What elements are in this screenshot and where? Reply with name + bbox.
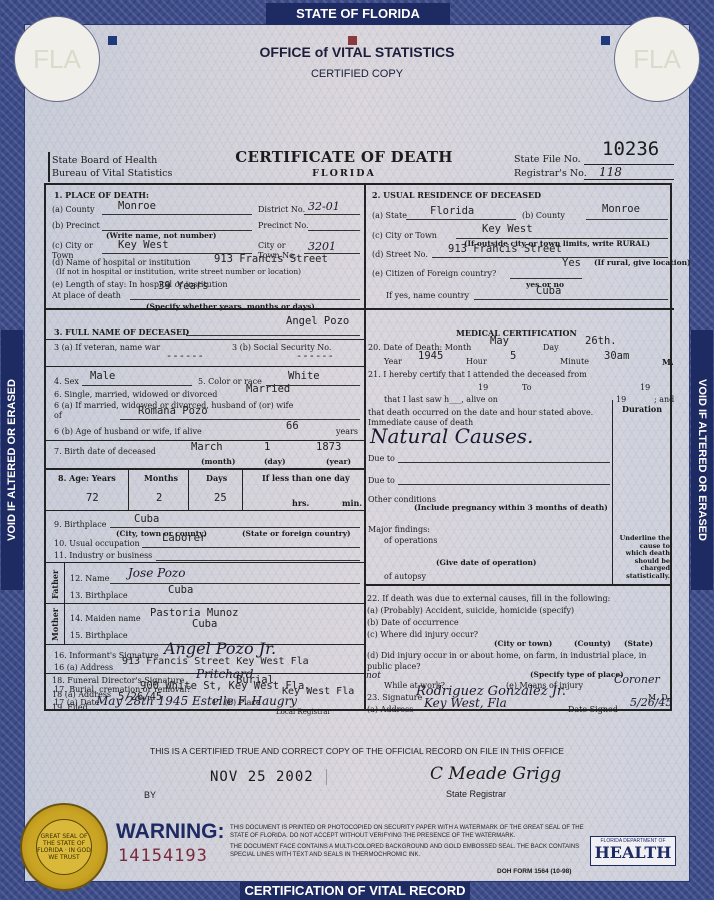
certificate-state: FLORIDA — [214, 168, 474, 179]
medical-certification-heading: MEDICAL CERTIFICATION — [456, 328, 577, 338]
residence-street: 913 Francis Street — [448, 243, 562, 255]
informant-address: 913 Francis Street Key West Fla — [122, 656, 309, 667]
occupation: Laborer — [162, 532, 206, 544]
veteran-war: ------ — [166, 350, 204, 362]
certified-copy-label: CERTIFIED COPY — [0, 68, 714, 80]
father-name: Jose Pozo — [128, 566, 185, 580]
birth-year: 1873 — [316, 441, 341, 453]
district-number: 32-01 — [308, 200, 340, 213]
birthplace: Cuba — [134, 513, 159, 525]
birth-day: 1 — [264, 441, 270, 453]
warning-label: WARNING: — [116, 820, 225, 844]
institution-value: 913 Francis Street — [214, 253, 328, 265]
spouse-age: 66 — [286, 420, 299, 432]
seal-center: GREAT SEAL OF THE STATE OF FLORIDA · IN … — [36, 819, 92, 875]
state-file-label: State File No. — [514, 154, 581, 165]
date-signed: 5/26/45 — [630, 696, 672, 709]
void-warning-left: VOID IF ALTERED OR ERASED — [1, 330, 23, 590]
death-county: Monroe — [118, 200, 156, 212]
state-file-number: 10236 — [602, 138, 659, 160]
age-days: 25 — [214, 492, 227, 504]
age-months: 2 — [156, 492, 162, 504]
office-title: OFFICE of VITAL STATISTICS — [0, 44, 714, 60]
death-day: 26th. — [585, 335, 617, 347]
certificate-header: State Board of Health Bureau of Vital St… — [44, 136, 674, 184]
certificate-title: CERTIFICATE OF DEATH — [214, 148, 474, 166]
foreign-country: Cuba — [536, 285, 561, 297]
security-features-text: THE DOCUMENT FACE CONTAINS A MULTI-COLOR… — [230, 843, 590, 859]
sex: Male — [90, 370, 115, 382]
father-birthplace: Cuba — [168, 584, 193, 596]
means-of-injury: Coroner — [614, 673, 660, 686]
work-mark: not — [366, 671, 381, 681]
death-month: May — [490, 335, 509, 347]
physician-address: Key West, Fla — [424, 696, 507, 710]
registrar-number: 118 — [599, 165, 622, 179]
death-minute: 30am — [604, 350, 629, 362]
mother-tag: Mother — [50, 605, 62, 643]
death-year: 1945 — [418, 350, 443, 362]
issue-date-stamp: NOV 25 2002 — [210, 769, 327, 785]
certification-statement: THIS IS A CERTIFIED TRUE AND CORRECT COP… — [0, 746, 714, 756]
issuing-board: State Board of Health Bureau of Vital St… — [52, 154, 172, 180]
funeral-director-address: 900 White St, Key West Fla. — [140, 680, 311, 692]
divider — [48, 152, 50, 182]
registrar-no-label: Registrar's No. — [514, 168, 587, 179]
place-of-death-heading: 1. PLACE OF DEATH: — [54, 190, 149, 200]
marital-status: Married — [246, 383, 290, 395]
residence-state: Florida — [430, 205, 474, 217]
form-number: DOH FORM 1564 (10-98) — [497, 868, 571, 875]
deceased-name: Angel Pozo — [286, 315, 349, 327]
length-of-stay: 39 Years — [158, 280, 209, 292]
by-label: BY — [144, 790, 156, 800]
column-divider — [364, 185, 366, 709]
filed-date-signature: May 28th 1945 Estelle F. Haugry — [96, 694, 297, 708]
funeral-director-signature: Pritchard — [196, 667, 254, 681]
death-certificate-form: 1. PLACE OF DEATH: (a) County Monroe Dis… — [44, 183, 672, 711]
immediate-cause: Natural Causes. — [370, 424, 533, 448]
foreign-citizen: Yes — [562, 257, 581, 269]
father-tag: Father — [50, 565, 62, 603]
city-number: 3201 — [308, 240, 336, 253]
residence-county: Monroe — [602, 203, 640, 215]
death-hour: 5 — [510, 350, 516, 362]
great-seal-of-florida-icon: GREAT SEAL OF THE STATE OF FLORIDA · IN … — [20, 803, 108, 891]
spouse-name: Romana Pozo — [138, 405, 208, 417]
social-security-number: ------ — [296, 350, 334, 362]
watermark-warning-text: THIS DOCUMENT IS PRINTED OR PHOTOCOPIED … — [230, 824, 590, 840]
certification-banner: CERTIFICATION OF VITAL RECORD — [240, 882, 470, 900]
residence-city: Key West — [482, 223, 533, 235]
state-registrar-title: State Registrar — [446, 789, 506, 799]
florida-department-of-health-logo: FLORIDA DEPARTMENT OF HEALTH — [590, 836, 676, 866]
state-banner: STATE OF FLORIDA — [266, 3, 450, 25]
birth-month: March — [191, 441, 223, 453]
serial-number: 14154193 — [118, 846, 208, 866]
age-years: 72 — [86, 492, 99, 504]
mother-birthplace: Cuba — [192, 618, 217, 630]
residence-heading: 2. USUAL RESIDENCE OF DECEASED — [372, 190, 541, 200]
void-warning-right: VOID IF ALTERED OR ERASED — [691, 330, 713, 590]
state-registrar-signature: C Meade Grigg — [430, 764, 561, 784]
death-city: Key West — [118, 239, 169, 251]
race: White — [288, 370, 320, 382]
section-divider — [46, 308, 674, 310]
